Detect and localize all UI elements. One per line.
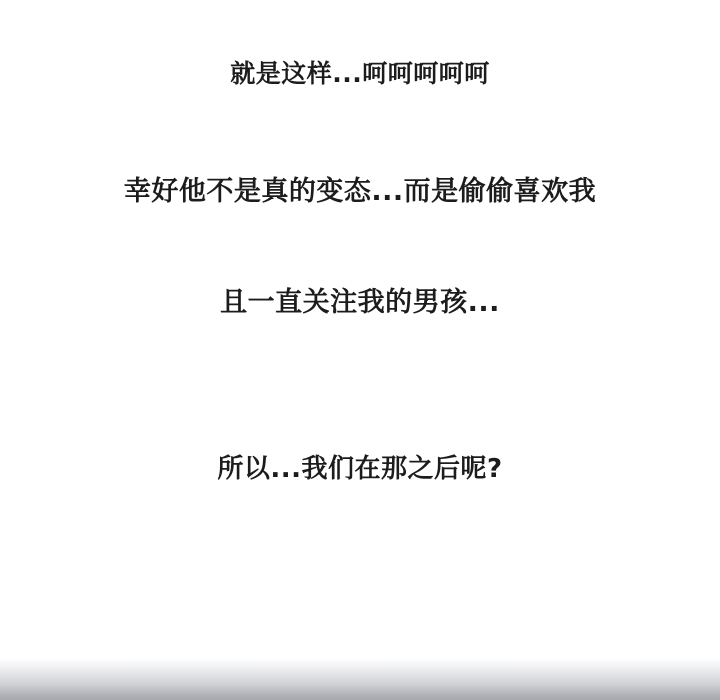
caption-line: 所以...我们在那之后呢? — [0, 455, 720, 483]
caption-narration-3: 所以...我们在那之后呢? — [0, 399, 720, 539]
caption-narration-2: 幸好他不是真的变态...而是偷偷喜欢我 且一直关注我的男孩... — [0, 99, 720, 395]
panel-bottom-fade — [0, 658, 720, 700]
caption-line: 就是这样...呵呵呵呵呵 — [0, 60, 720, 87]
caption-line: 幸好他不是真的变态...而是偷偷喜欢我 — [0, 173, 720, 210]
caption-line: 且一直关注我的男孩... — [0, 284, 720, 321]
comic-page: 就是这样...呵呵呵呵呵 幸好他不是真的变态...而是偷偷喜欢我 且一直关注我的… — [0, 0, 720, 700]
